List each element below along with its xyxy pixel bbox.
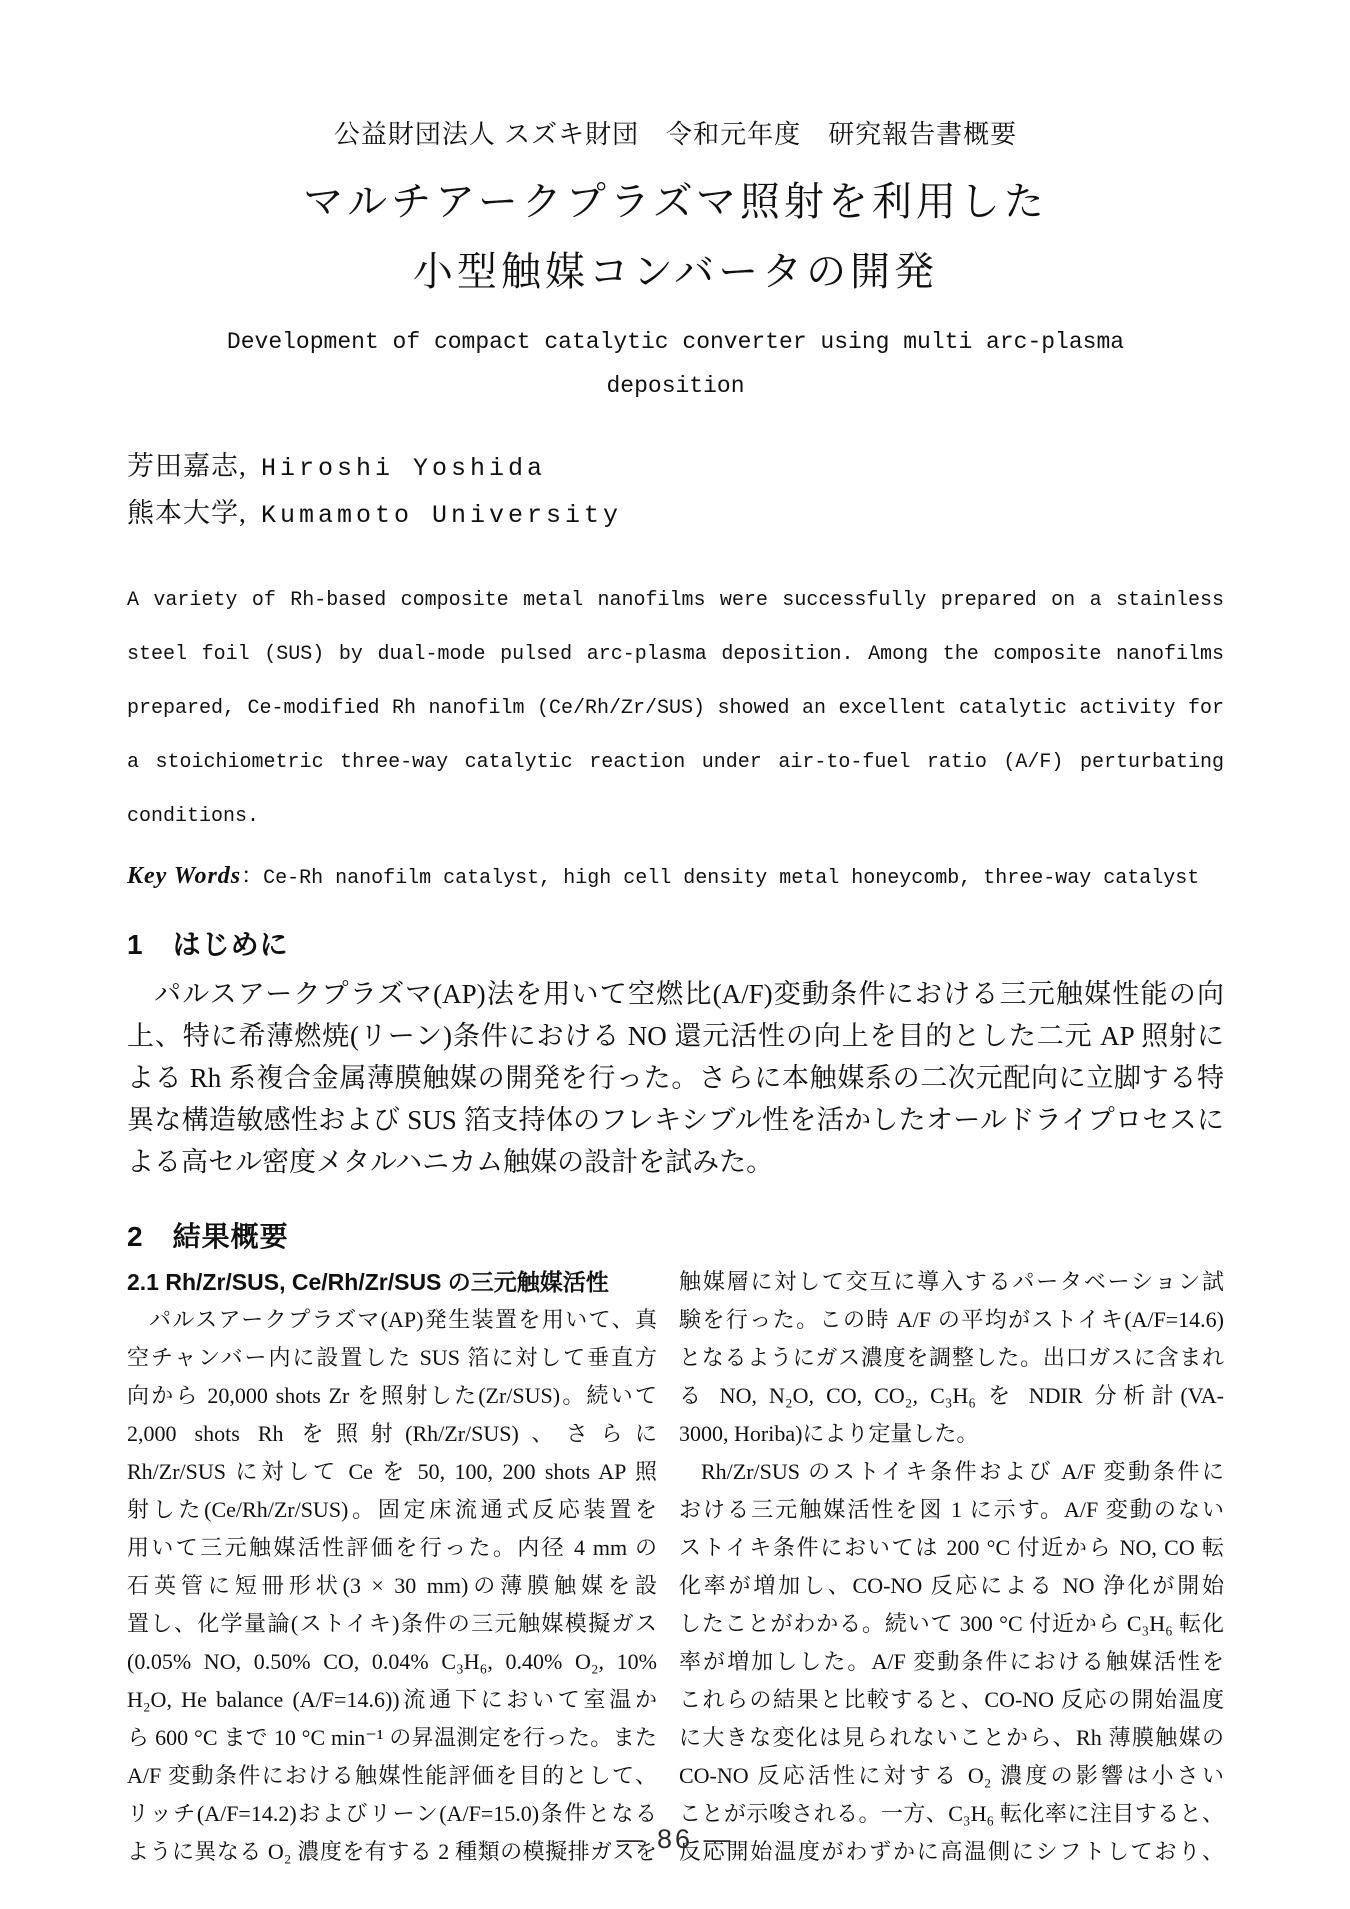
left-column-line: A/F 変動条件における触媒性能評価を目的として、 [127, 1757, 657, 1795]
section1-body: パルスアークプラズマ(AP)法を用いて空燃比(A/F)変動条件における三元触媒性… [127, 973, 1224, 1183]
title-en-line2: deposition [127, 364, 1224, 408]
right-column: 触媒層に対して交互に導入するパータベーション試 験を行った。この時 A/F の平… [679, 1263, 1224, 1871]
keywords-separator: ： [241, 863, 263, 888]
intro-line: 上、特に希薄燃焼(リーン)条件における NO 還元活性の向上を目的とした二元 A… [127, 1015, 1224, 1057]
left-column-line: H₂O, He balance (A/F=14.6))流通下において室温か [127, 1681, 657, 1719]
affiliation-ja: 熊本大学, [127, 491, 261, 535]
paper-page: 公益財団法人 スズキ財団 令和元年度 研究報告書概要 マルチアークプラズマ照射を… [0, 0, 1350, 1909]
left-column-line: ら 600 °C まで 10 °C min⁻¹ の昇温測定を行った。また [127, 1719, 657, 1757]
author-name-ja: 芳田嘉志, [127, 444, 261, 488]
left-column-line: 空チャンバー内に設置した SUS 箔に対して垂直方 [127, 1339, 657, 1377]
keywords-text: Ce-Rh nanofilm catalyst, high cell densi… [263, 867, 1199, 890]
affiliation-en: Kumamoto University [261, 494, 622, 538]
abstract-line: a stoichiometric three-way catalytic rea… [127, 736, 1224, 790]
abstract-line: prepared, Ce-modified Rh nanofilm (Ce/Rh… [127, 682, 1224, 736]
author-block: 芳田嘉志, Hiroshi Yoshida 熊本大学, Kumamoto Uni… [127, 444, 1224, 538]
affiliation-row: 熊本大学, Kumamoto University [127, 491, 1224, 538]
left-column-line: 向から 20,000 shots Zr を照射した(Zr/SUS)。続いて [127, 1377, 657, 1415]
right-column-line: したことがわかる。続いて 300 °C 付近から C₃H₆ 転化 [679, 1605, 1224, 1643]
page-number: — 86 — [0, 1824, 1350, 1855]
intro-line: 異な構造敏感性および SUS 箔支持体のフレキシブル性を活かしたオールドライプロ… [127, 1099, 1224, 1141]
right-column-line: 3000, Horiba)により定量した。 [679, 1415, 1224, 1453]
section2-heading: 2 結果概要 [127, 1219, 1224, 1255]
left-column-line: 2,000 shots Rh を照射(Rh/Zr/SUS)、さらに [127, 1415, 657, 1453]
title-ja-line2: 小型触媒コンバータの開発 [127, 248, 1224, 296]
keywords-label: Key Words [127, 863, 241, 889]
abstract-line: steel foil (SUS) by dual-mode pulsed arc… [127, 628, 1224, 682]
section1-heading: 1 はじめに [127, 927, 1224, 963]
section2-subheading: 2.1 Rh/Zr/SUS, Ce/Rh/Zr/SUS の三元触媒活性 [127, 1263, 657, 1301]
keywords-line: Key Words：Ce-Rh nanofilm catalyst, high … [127, 858, 1224, 897]
title-en-line1: Development of compact catalytic convert… [127, 320, 1224, 364]
right-column-line: Rh/Zr/SUS のストイキ条件および A/F 変動条件に [679, 1453, 1224, 1491]
intro-line: よる高セル密度メタルハニカム触媒の設計を試みた。 [127, 1141, 1224, 1183]
left-column-line: パルスアークプラズマ(AP)発生装置を用いて、真 [127, 1301, 657, 1339]
left-column-line: Rh/Zr/SUS に対して Ce を 50, 100, 200 shots A… [127, 1453, 657, 1491]
right-column-line: ストイキ条件においては 200 °C 付近から NO, CO 転 [679, 1529, 1224, 1567]
abstract: A variety of Rh-based composite metal na… [127, 574, 1224, 844]
right-column-line: これらの結果と比較すると、CO-NO 反応の開始温度 [679, 1681, 1224, 1719]
left-column-line: 石英管に短冊形状(3 × 30 mm)の薄膜触媒を設 [127, 1567, 657, 1605]
left-column-line: 射した(Ce/Rh/Zr/SUS)。固定床流通式反応装置を [127, 1491, 657, 1529]
doc-header: 公益財団法人 スズキ財団 令和元年度 研究報告書概要 [127, 118, 1224, 150]
left-column-line: 置し、化学量論(ストイキ)条件の三元触媒模擬ガス [127, 1605, 657, 1643]
right-column-line: おける三元触媒活性を図 1 に示す。A/F 変動のない [679, 1491, 1224, 1529]
intro-line: よる Rh 系複合金属薄膜触媒の開発を行った。さらに本触媒系の二次元配向に立脚す… [127, 1057, 1224, 1099]
abstract-line: A variety of Rh-based composite metal na… [127, 574, 1224, 628]
two-column-body: 2.1 Rh/Zr/SUS, Ce/Rh/Zr/SUS の三元触媒活性 パルスア… [127, 1263, 1224, 1871]
intro-line: パルスアークプラズマ(AP)法を用いて空燃比(A/F)変動条件における三元触媒性… [127, 973, 1224, 1015]
title-ja-line1: マルチアークプラズマ照射を利用した [127, 178, 1224, 226]
left-column: 2.1 Rh/Zr/SUS, Ce/Rh/Zr/SUS の三元触媒活性 パルスア… [127, 1263, 657, 1871]
right-column-line: 化率が増加し、CO-NO 反応による NO 浄化が開始 [679, 1567, 1224, 1605]
abstract-line: conditions. [127, 790, 1224, 844]
right-column-line: 率が増加しした。A/F 変動条件における触媒活性を [679, 1643, 1224, 1681]
author-name-en: Hiroshi Yoshida [261, 447, 546, 491]
right-column-line: となるようにガス濃度を調整した。出口ガスに含まれ [679, 1339, 1224, 1377]
left-column-line: 用いて三元触媒活性評価を行った。内径 4 mm の [127, 1529, 657, 1567]
author-row: 芳田嘉志, Hiroshi Yoshida [127, 444, 1224, 491]
right-column-line: に大きな変化は見られないことから、Rh 薄膜触媒の [679, 1719, 1224, 1757]
right-column-line: る NO, N₂O, CO, CO₂, C₃H₆ を NDIR 分析計(VA- [679, 1377, 1224, 1415]
left-column-line: (0.05% NO, 0.50% CO, 0.04% C₃H₆, 0.40% O… [127, 1643, 657, 1681]
right-column-line: CO-NO 反応活性に対する O₂ 濃度の影響は小さい [679, 1757, 1224, 1795]
right-column-line: 験を行った。この時 A/F の平均がストイキ(A/F=14.6) [679, 1301, 1224, 1339]
right-column-line: 触媒層に対して交互に導入するパータベーション試 [679, 1263, 1224, 1301]
